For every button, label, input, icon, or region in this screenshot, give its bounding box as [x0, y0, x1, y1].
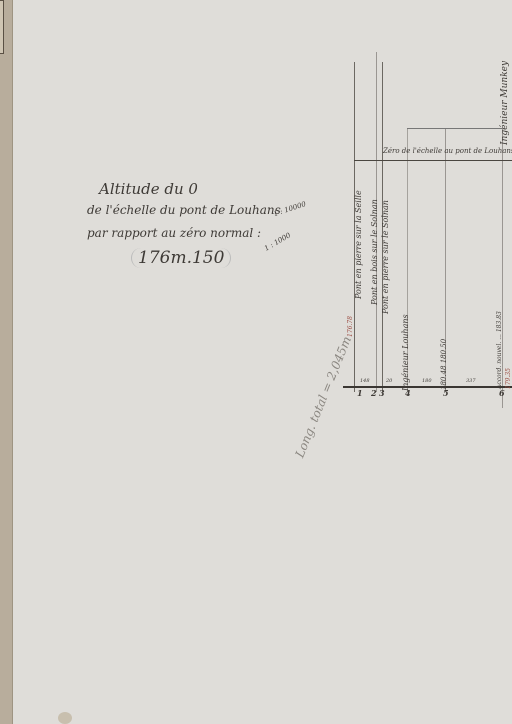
station-number-4: 4 [405, 388, 411, 398]
station-number-1: 1 [357, 388, 363, 398]
total-length-label: Long. total = 2,045m [293, 334, 354, 459]
station-number-3: 3 [379, 388, 385, 398]
upper-level-line [407, 128, 502, 129]
note-line-2: de l'échelle du pont de Louhans [87, 203, 281, 217]
label-station-6-sub: 179.35 [505, 368, 512, 389]
station-number-6: 6 [499, 388, 505, 398]
station-number-5: 5 [443, 388, 449, 398]
binding-edge [0, 0, 13, 724]
note-line-1: Altitude du 0 [99, 180, 198, 198]
segment-distance-1: 148 [360, 378, 370, 384]
segment-distance-3: 180 [422, 378, 432, 384]
note-side-ratio: 1 : 1000 [263, 231, 292, 252]
zero-line-label: Zéro de l'échelle au pont de Louhans [383, 147, 512, 155]
label-station-5: 180.48 180.50 [440, 339, 448, 390]
zero-line [354, 160, 512, 161]
top-right-label: Ingénieur Munkey [500, 61, 510, 145]
paper-stain [58, 712, 72, 724]
label-station-6: Accord. nouvel. ... 183.83 [496, 311, 503, 389]
baseline [343, 386, 512, 388]
note-line-3: par rapport au zéro normal : [87, 226, 261, 240]
label-station-1: Pont en pierre sur la Seille [354, 190, 363, 299]
note-value: 176m.150 [131, 248, 231, 268]
segment-distance-4: 337 [466, 378, 476, 384]
document-sheet: Altitude du 0 de l'échelle du pont de Lo… [13, 0, 512, 724]
label-station-1-sub: 176.78 [347, 316, 354, 337]
label-station-2: Pont en bois sur le Solnan [370, 199, 379, 305]
station-number-2: 2 [371, 388, 377, 398]
label-station-3: Pont en pierre sur le Solnan [381, 200, 390, 314]
segment-distance-2: 20 [386, 378, 392, 384]
label-station-4: Ingénieur Louhans [401, 314, 410, 391]
binding-tab [0, 0, 4, 54]
